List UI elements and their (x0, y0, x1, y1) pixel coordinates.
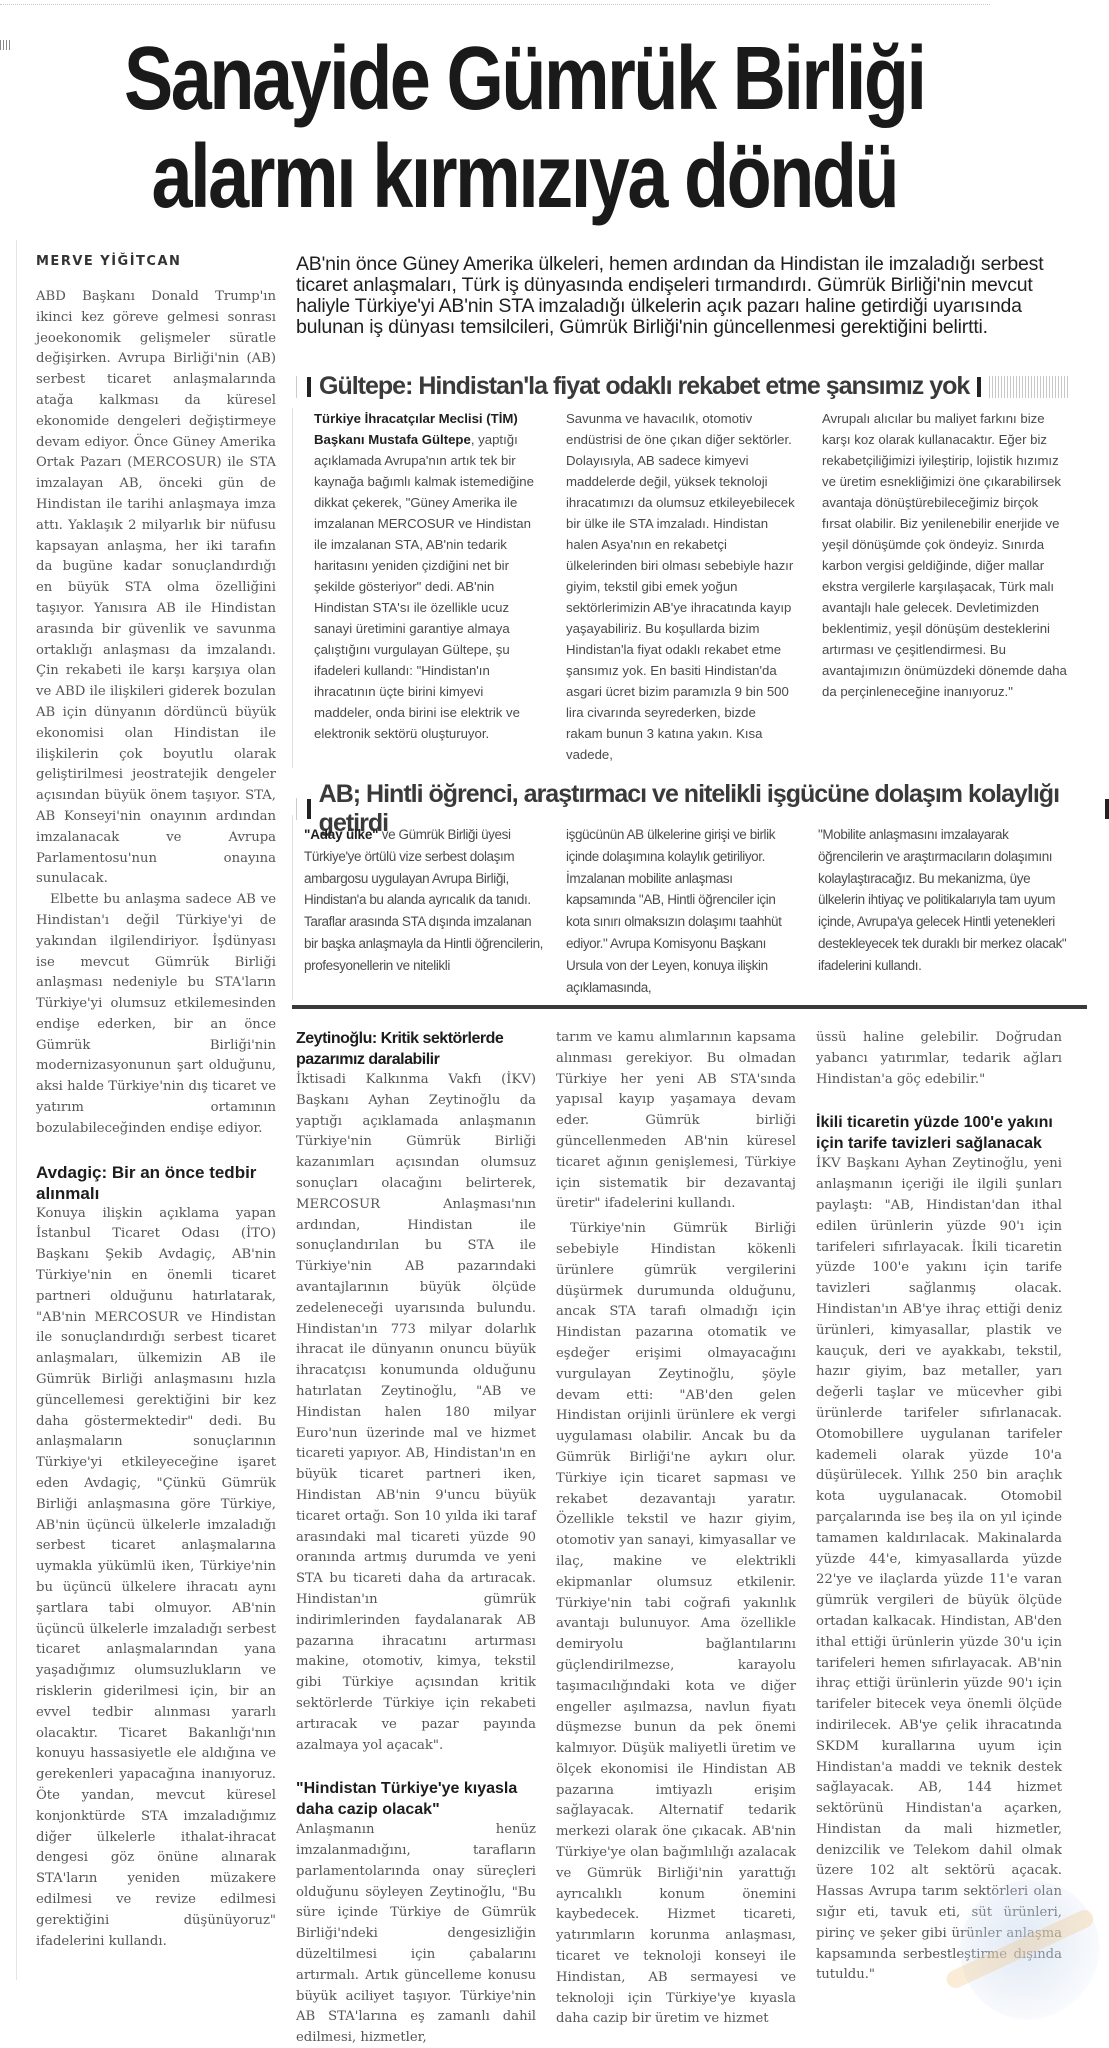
bar-tick (1105, 799, 1109, 819)
box2-column-1: "Aday ülke" ve Gümrük Birliği üyesi Türk… (304, 824, 544, 977)
section-title-gultepe: Gültepe: Hindistan'la fiyat odaklı rekab… (296, 372, 1069, 401)
bar-decoration (296, 798, 299, 820)
bar-tick (977, 377, 981, 397)
box2-column-1-text: ve Gümrük Birliği üyesi Türkiye'ye örtül… (304, 827, 543, 973)
bar-tick (307, 799, 311, 819)
lower-column-3: üssü haline gelebilir. Doğrudan yabancı … (816, 1028, 1062, 1986)
left-column-body: ABD Başkanı Donald Trump'ın ikinci kez g… (36, 287, 276, 1140)
subheading-cazip: "Hindistan Türkiye'ye kıyasla daha cazip… (296, 1778, 536, 1820)
section-title-text: Gültepe: Hindistan'la fiyat odaklı rekab… (319, 372, 969, 401)
box2-column-2: işgücünün AB ülkelerine girişi ve birlik… (566, 824, 801, 998)
headline-line-1: Sanayide Gümrük Birliği (20, 30, 1029, 128)
box1-column-3: Avrupalı alıcılar bu maliyet farkını biz… (822, 408, 1067, 702)
margin-mark (0, 40, 12, 50)
headline-line-2: alarmı kırmızıya döndü (20, 128, 1029, 226)
subheading-tarife: İkili ticaretin yüzde 100'e yakını için … (816, 1112, 1062, 1154)
bar-tick (307, 377, 311, 397)
paragraph: Türkiye'nin Gümrük Birliği sebebiyle Hin… (556, 1219, 796, 2030)
box1-column-1: Türkiye İhracatçılar Meclisi (TİM) Başka… (314, 408, 539, 744)
section-divider (292, 1005, 1087, 1009)
paragraph: Konuya ilişkin açıklama yapan İstanbul T… (36, 1204, 276, 1953)
paragraph: üssü haline gelebilir. Doğrudan yabancı … (816, 1028, 1062, 1090)
paragraph: ABD Başkanı Donald Trump'ın ikinci kez g… (36, 287, 276, 890)
left-column-border (16, 240, 17, 1980)
box2-column-3: "Mobilite anlaşmasını imzalayarak öğrenc… (818, 824, 1068, 977)
paragraph: İKV Başkanı Ayhan Zeytinoğlu, yeni anlaş… (816, 1154, 1062, 1986)
subheading-zeytinoglu: Zeytinoğlu: Kritik sektörlerde pazarımız… (296, 1028, 536, 1070)
lede-paragraph: AB'nin önce Güney Amerika ülkeleri, heme… (296, 254, 1086, 338)
left-column: MERVE YİĞİTCAN ABD Başkanı Donald Trump'… (36, 254, 276, 1952)
box-mobility-border (292, 815, 293, 1000)
box2-lead-bold: "Aday ülke" (304, 827, 378, 842)
paragraph: tarım ve kamu alımlarının kapsama alınma… (556, 1028, 796, 1215)
lower-column-2: tarım ve kamu alımlarının kapsama alınma… (556, 1028, 796, 2030)
left-column-sub-body: Konuya ilişkin açıklama yapan İstanbul T… (36, 1204, 276, 1953)
lower-column-1: Zeytinoğlu: Kritik sektörlerde pazarımız… (296, 1028, 536, 2048)
paragraph: Anlaşmanın henüz imzalanmadığını, tarafl… (296, 1820, 536, 2048)
box-gultepe-border (292, 408, 293, 768)
bar-decoration (989, 376, 1069, 398)
paragraph: Elbette bu anlaşma sadece AB ve Hindista… (36, 890, 276, 1140)
watermark-logo (960, 1880, 1100, 2020)
headline: Sanayide Gümrük Birliği alarmı kırmızıya… (20, 30, 1029, 226)
top-divider (0, 4, 990, 5)
subheading-avdagic: Avdagiç: Bir an önce tedbir alınmalı (36, 1162, 276, 1204)
paragraph: İktisadi Kalkınma Vakfı (İKV) Başkanı Ay… (296, 1070, 536, 1756)
box1-column-2: Savunma ve havacılık, otomotiv endüstris… (566, 408, 796, 765)
byline: MERVE YİĞİTCAN (36, 254, 276, 269)
box1-column-1-text: , yaptığı açıklamada Avrupa'nın artık te… (314, 432, 534, 741)
bar-decoration (296, 376, 299, 398)
